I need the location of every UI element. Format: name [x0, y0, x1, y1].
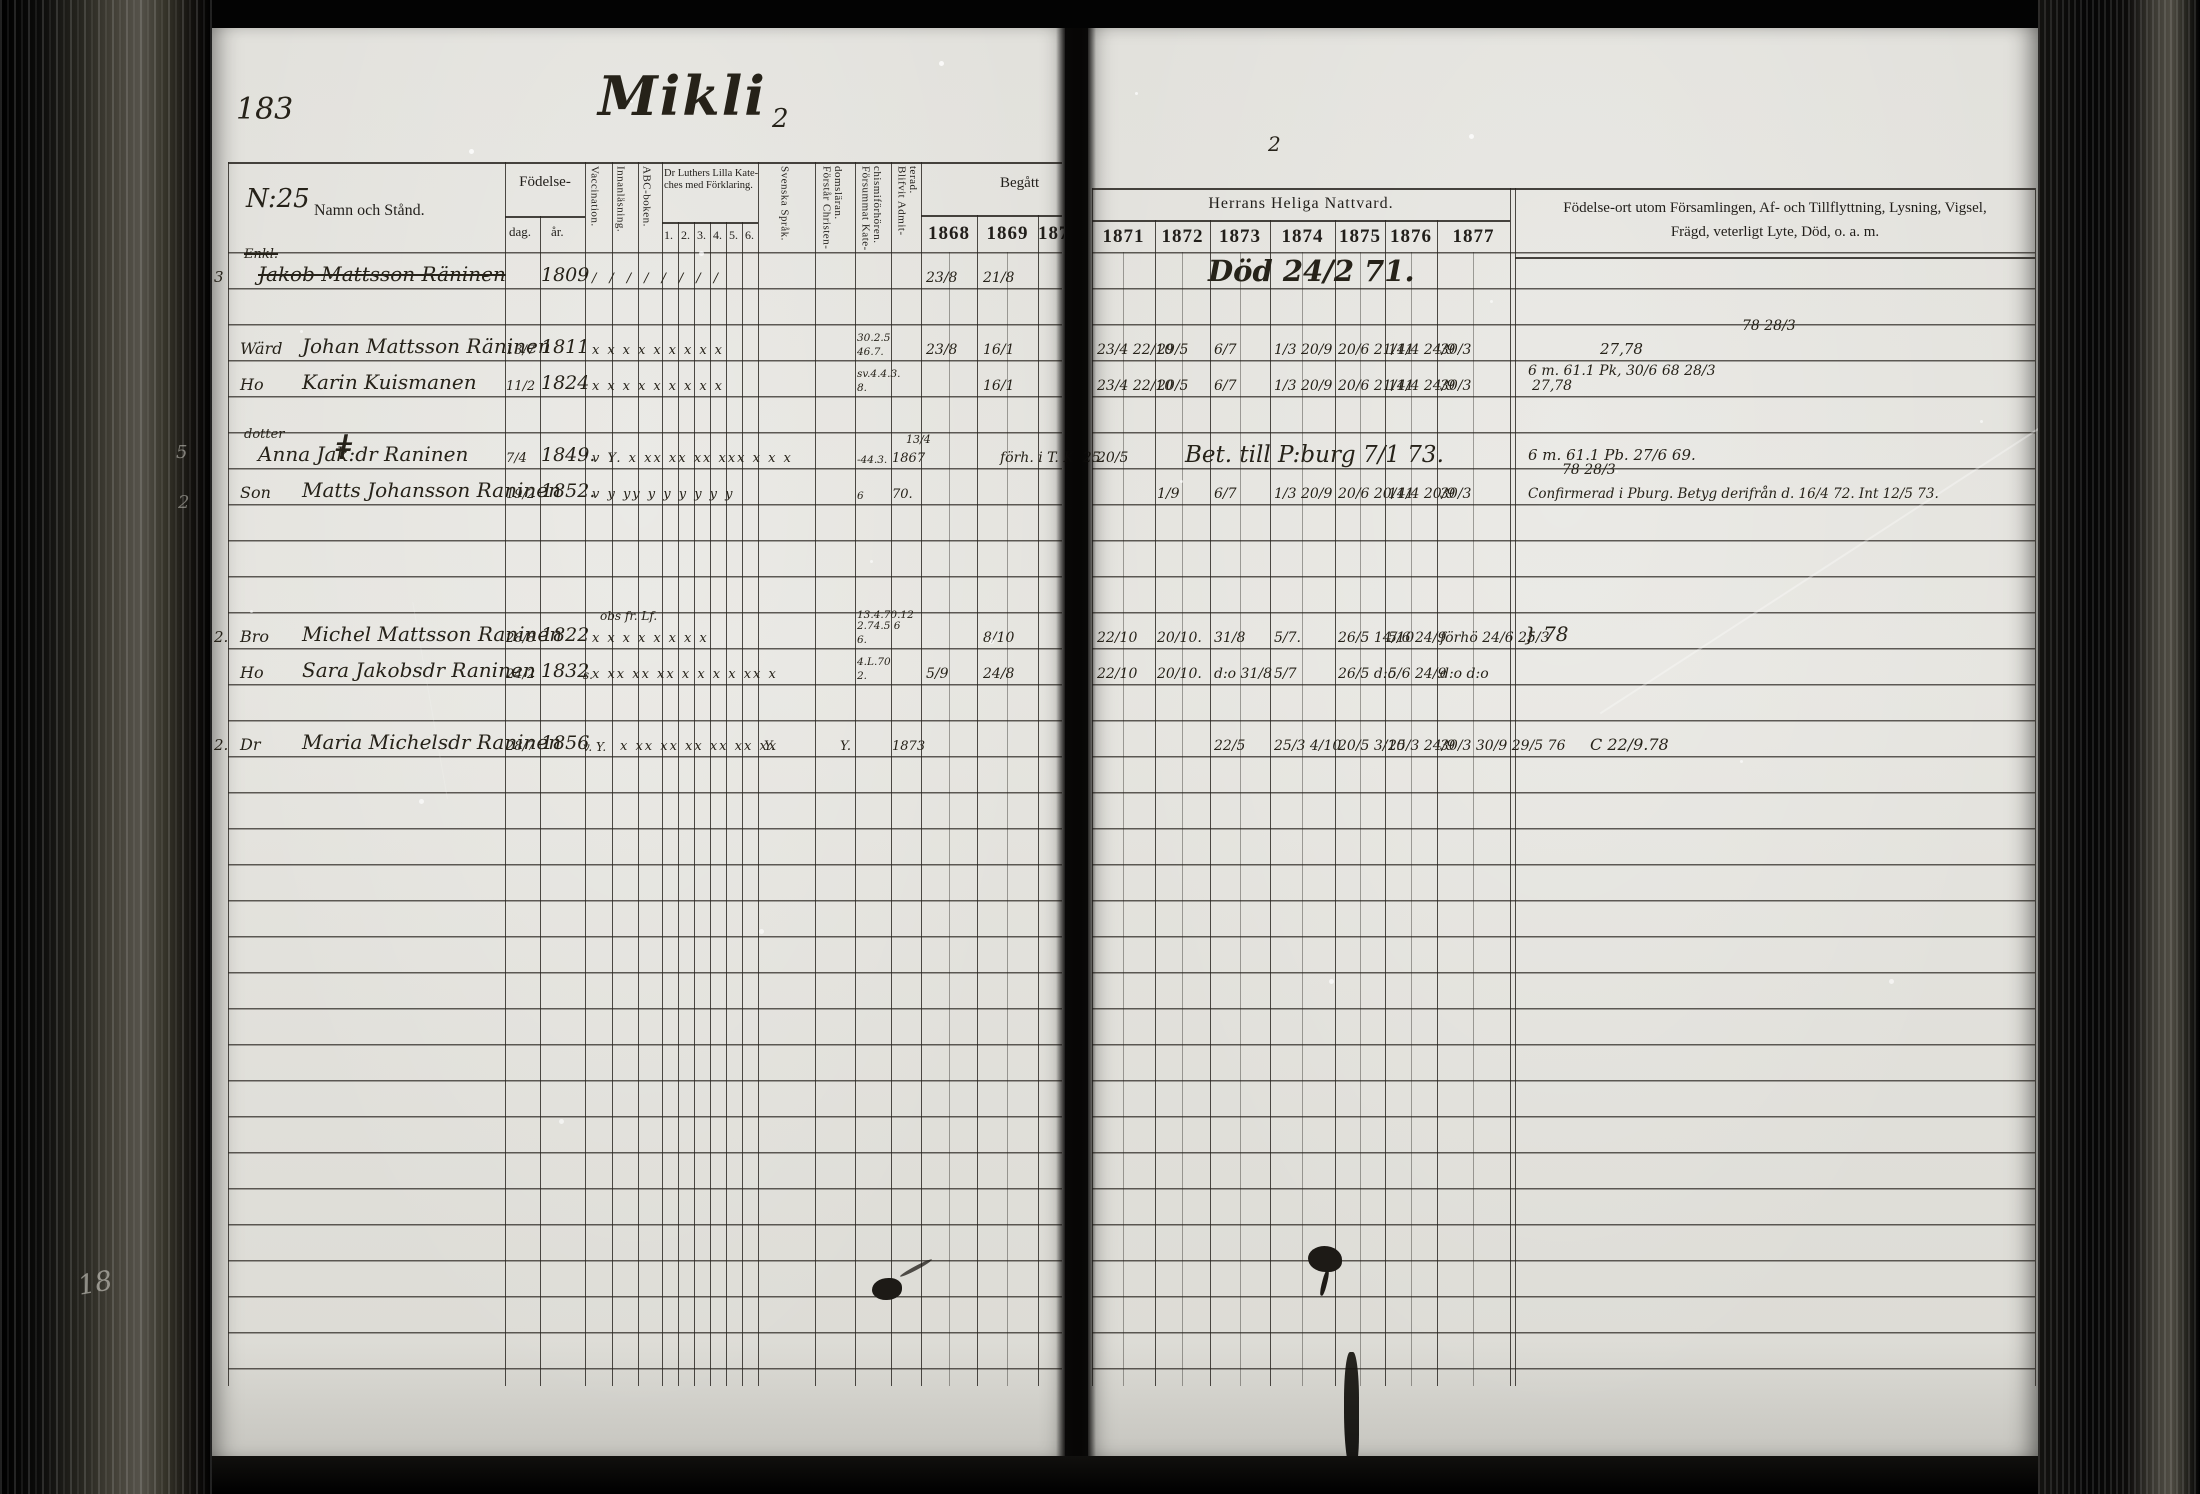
communion-1869: 8/10	[983, 630, 1014, 646]
notes-annotation: 78 28/3	[1742, 318, 1796, 334]
grid-line	[1302, 252, 1303, 1386]
year-header-1868: 1868	[921, 223, 977, 245]
birth-year: 1824	[541, 372, 589, 394]
communion-1874: 25/3 4/10	[1274, 738, 1341, 754]
communion-1868: 5/9	[926, 666, 949, 682]
church-book-scan: 183 Mikli 2 2 N:25 Namn och Stånd. Födel…	[0, 0, 2200, 1494]
column-header-communion: Herrans Heliga Nattvard.	[1092, 195, 1510, 213]
notes: 6 m. 61.1 Pk, 30/6 68 28/3	[1528, 363, 1716, 379]
ink-drip	[1344, 1352, 1359, 1470]
vaccination-mark: v. Y.	[583, 740, 606, 754]
column-header-notes-line1: Födelse-ort utom Församlingen, Af- och T…	[1520, 200, 2030, 217]
grid-line	[678, 222, 679, 1386]
missed-exam-note: 4.L.70	[857, 656, 891, 668]
notes: Confirmerad i Pburg. Betyg derifrån d. 1…	[1528, 486, 1939, 502]
grid-line	[921, 215, 1062, 217]
birth-day: 28/7	[506, 739, 535, 754]
column-header-abc-book: ABC-boken.	[640, 166, 661, 256]
column-header-missed-examinations: Försummat Kate- chismiförhören.	[859, 166, 890, 258]
communion-1873: 6/7	[1214, 486, 1237, 502]
person-name: Anna Jak:dr Raninen	[258, 442, 468, 466]
grid-line	[949, 252, 950, 1386]
catechism-marks: x xx xx xx xx xx xx	[620, 739, 778, 754]
person-name: Sara Jakobsdr Raninen	[302, 658, 536, 682]
notes: } 78	[1524, 622, 1569, 646]
admitted-year: 1873	[892, 739, 925, 754]
birth-year: 1809	[541, 264, 589, 286]
communion-1877: 30/3	[1440, 342, 1471, 358]
grid-line	[1411, 252, 1412, 1386]
edge-scribble: 2	[178, 492, 189, 513]
column-header-catechism: Dr Luthers Lilla Kate- ches med Förklari…	[664, 168, 768, 192]
row-margin-mark: 2.	[214, 628, 228, 646]
vaccination-note-above: obs fr. Lf.	[600, 609, 657, 623]
grid-line	[742, 222, 743, 1386]
notes: 27,78	[1532, 378, 1572, 394]
year-header-1869: 1869	[977, 223, 1038, 245]
catechism-col-1: 1.	[664, 228, 673, 243]
grid-line	[1182, 252, 1183, 1386]
catechism-line1: Dr Luthers Lilla Kate-	[664, 168, 758, 179]
notes: C 22/9.78	[1590, 735, 1669, 754]
column-header-admitted: Blifvit Admit- terad.	[895, 166, 921, 258]
row-margin-mark: 2.	[214, 736, 228, 754]
missed-exam-note: 8.	[857, 382, 867, 394]
notes-annotation: 78 28/3	[1562, 462, 1616, 478]
catechism-marks: v Y. x xx xx xx xxx x x x	[592, 451, 793, 466]
row-status: Wärd	[240, 339, 282, 358]
birth-day: 28/8	[506, 631, 535, 646]
row-status: Dr	[240, 735, 260, 754]
communion-1869: 21/8	[983, 270, 1014, 286]
grid-line	[1473, 252, 1474, 1386]
table-row: 2. Dr Maria Michelsdr Raninen 28/7 1856 …	[0, 720, 2200, 756]
column-header-understands-christianity: Förstår Christen- domsläran.	[820, 166, 854, 258]
column-header-reading: Innanläsning.	[614, 166, 637, 256]
row-status: Ho	[240, 663, 264, 682]
year-header-1876: 1876	[1385, 226, 1437, 248]
column-header-day: dag.	[509, 224, 531, 240]
row-status: Ho	[240, 375, 264, 394]
communion-1874: 1/3 20/9	[1274, 342, 1332, 358]
admitted-year: 70.	[892, 487, 913, 502]
column-header-begatt: Begått	[1000, 175, 1039, 192]
birth-year: 1852.	[541, 480, 595, 502]
missed-exam-note: 6.	[857, 634, 867, 646]
row-margin-mark: 3	[214, 268, 224, 286]
grid-line	[228, 162, 1062, 164]
catechism-line2: ches med Förklaring.	[664, 180, 753, 191]
missed-exam-note: sv.4.4.3.	[857, 368, 900, 380]
ink-blot	[872, 1278, 902, 1300]
communion-1877: d:o d:o	[1440, 666, 1489, 682]
household-number: N:25	[246, 184, 310, 214]
communion-1868: 23/8	[926, 342, 957, 358]
year-header-1871: 1871	[1092, 226, 1155, 248]
catechism-marks: ////////	[592, 271, 731, 286]
year-header-1873: 1873	[1210, 226, 1270, 248]
catechism-marks: xxxxxxxx	[592, 631, 715, 646]
grid-line	[1092, 220, 1510, 222]
catechism-marks: x xx xx xx x x x x xx x	[592, 667, 778, 682]
communion-1877: 30/3 30/9 29/5 76	[1440, 738, 1565, 754]
admitted-year: 1867	[892, 451, 925, 466]
page-title: Mikli	[598, 64, 767, 128]
missed-exam-note: 30.2.5	[857, 332, 890, 344]
year-header-1877: 1877	[1437, 226, 1510, 248]
communion-1868: 23/8	[926, 270, 957, 286]
catechism-marks: v y yy y y y y y y	[592, 487, 735, 502]
column-header-vaccination: Vaccination.	[588, 166, 612, 256]
birth-day: 11/2	[506, 379, 535, 394]
catechism-col-2: 2.	[681, 228, 690, 243]
communion-1869: 24/8	[983, 666, 1014, 682]
communion-1873: 6/7	[1214, 342, 1237, 358]
grid-line	[1240, 252, 1241, 1386]
grid-line	[505, 216, 585, 218]
table-row: 3 Enkl. Jakob Mattsson Räninen 1809 ////…	[0, 252, 2200, 288]
table-row: Son Matts Johansson Raninen 19/2 1852. v…	[0, 468, 2200, 504]
communion-1873: 6/7	[1214, 378, 1237, 394]
page-title-suffix: 2	[772, 104, 789, 134]
communion-1874: 1/3 20/9	[1274, 486, 1332, 502]
table-row: Ho Karin Kuismanen 11/2 1824 xxxxxxxxx s…	[0, 360, 2200, 396]
page-number: 183	[236, 92, 293, 127]
grid-line	[1360, 252, 1361, 1386]
communion-1871: 22/10	[1097, 630, 1137, 646]
column-header-name: Namn och Stånd.	[314, 202, 425, 220]
communion-1872: 20/5	[1157, 378, 1188, 394]
communion-1869: 16/1	[983, 342, 1014, 358]
catechism-marks: xxxxxxxxx	[592, 379, 730, 394]
grid-line	[1092, 188, 2035, 190]
grid-line	[694, 222, 695, 1386]
row-status: Son	[240, 483, 271, 502]
book-gutter	[1056, 20, 1096, 1468]
communion-1872: 20/10.	[1157, 630, 1202, 646]
missed-exam-note: 46.7.	[857, 346, 884, 358]
birth-year: 1849.	[541, 444, 595, 466]
birth-year: 1822	[541, 624, 589, 646]
ink-blot	[1308, 1246, 1342, 1272]
background-top	[0, 0, 2200, 28]
background-bottom	[0, 1456, 2200, 1494]
person-name: Karin Kuismanen	[302, 370, 477, 394]
communion-1873: 31/8	[1214, 630, 1245, 646]
grid-line	[1123, 252, 1124, 1386]
communion-1872: 29/5	[1157, 342, 1188, 358]
grid-line	[710, 222, 711, 1386]
year-header-1874: 1874	[1270, 226, 1335, 248]
communion-1874: 5/7	[1274, 666, 1297, 682]
communion-1876: 5/6 24/9	[1388, 630, 1446, 646]
year-header-1872: 1872	[1155, 226, 1210, 248]
communion-1872: 1/9	[1157, 486, 1180, 502]
grid-line	[726, 222, 727, 1386]
grid-line	[662, 222, 758, 224]
language-mark: Y.	[840, 739, 851, 754]
missed-exam-note: -44.3.	[857, 454, 887, 466]
communion-1869: 16/1	[983, 378, 1014, 394]
column-header-birth: Födelse-	[505, 174, 585, 191]
death-note: Död 24/2 71.	[1208, 254, 1415, 288]
missed-exam-note: 2.	[857, 670, 867, 682]
right-page-ruled-lines	[1092, 252, 2035, 1388]
table-row: Wärd Johan Mattsson Räninen 13/7 1811 xx…	[0, 324, 2200, 360]
missed-exam-note: 2.74.5 6	[857, 620, 900, 632]
catechism-col-6: 6.	[745, 228, 754, 243]
communion-1873: d:o 31/8	[1214, 666, 1272, 682]
birth-day: 19/2	[506, 487, 535, 502]
notes: 27,78	[1600, 340, 1643, 358]
row-status-above: Enkl.	[244, 247, 278, 262]
row-status: Bro	[240, 627, 269, 646]
birth-day: 24/2	[506, 667, 535, 682]
catechism-marks: xxxxxxxxx	[592, 343, 730, 358]
edge-scribble: 18	[76, 1265, 115, 1301]
communion-1877: 30/3	[1440, 378, 1471, 394]
year-header-1875: 1875	[1335, 226, 1385, 248]
missed-exam-note: 6	[857, 490, 864, 502]
catechism-col-5: 5.	[729, 228, 738, 243]
cross-mark: ǂ	[336, 428, 352, 468]
book-right-edge	[2038, 0, 2200, 1494]
communion-1872: 20/10.	[1157, 666, 1202, 682]
moved-note: Bet. till P:burg 7/1 73.	[1185, 442, 1444, 468]
birth-year: 1811	[541, 336, 589, 358]
table-row: dotter Anna Jak:dr Raninen ǂ 7/4 1849. v…	[0, 432, 2200, 468]
communion-1874: 5/7.	[1274, 630, 1301, 646]
grid-line	[1007, 252, 1008, 1386]
communion-1874: 1/3 20/9	[1274, 378, 1332, 394]
row-status-above: dotter	[244, 427, 285, 442]
right-page-mark: 2	[1268, 132, 1281, 156]
birth-day: 13/7	[506, 343, 535, 358]
table-row: 2. Bro obs fr. Lf. Michel Mattsson Ranin…	[0, 612, 2200, 648]
left-page-ruled-lines	[228, 252, 1062, 1388]
communion-1871: 22/10	[1097, 666, 1137, 682]
communion-1877: 30/3	[1440, 486, 1471, 502]
person-name: Jakob Mattsson Räninen	[258, 262, 506, 286]
communion-1871: 20/5	[1097, 450, 1128, 466]
language-mark: Y.	[764, 739, 775, 754]
birth-day: 7/4	[506, 451, 527, 466]
admitted-date: 13/4	[906, 433, 931, 446]
edge-scribble: 5	[176, 442, 187, 463]
communion-1876: 5/6 24/9	[1388, 666, 1446, 682]
catechism-col-3: 3.	[697, 228, 706, 243]
table-row: Ho Sara Jakobsdr Raninen 24/2 1832 s. x …	[0, 648, 2200, 684]
column-header-notes-line2: Frägd, veterligt Lyte, Död, o. a. m.	[1520, 224, 2030, 241]
communion-1873: 22/5	[1214, 738, 1245, 754]
column-header-language: Svenska Språk.	[778, 166, 808, 258]
catechism-col-4: 4.	[713, 228, 722, 243]
column-header-year: år.	[551, 224, 564, 240]
